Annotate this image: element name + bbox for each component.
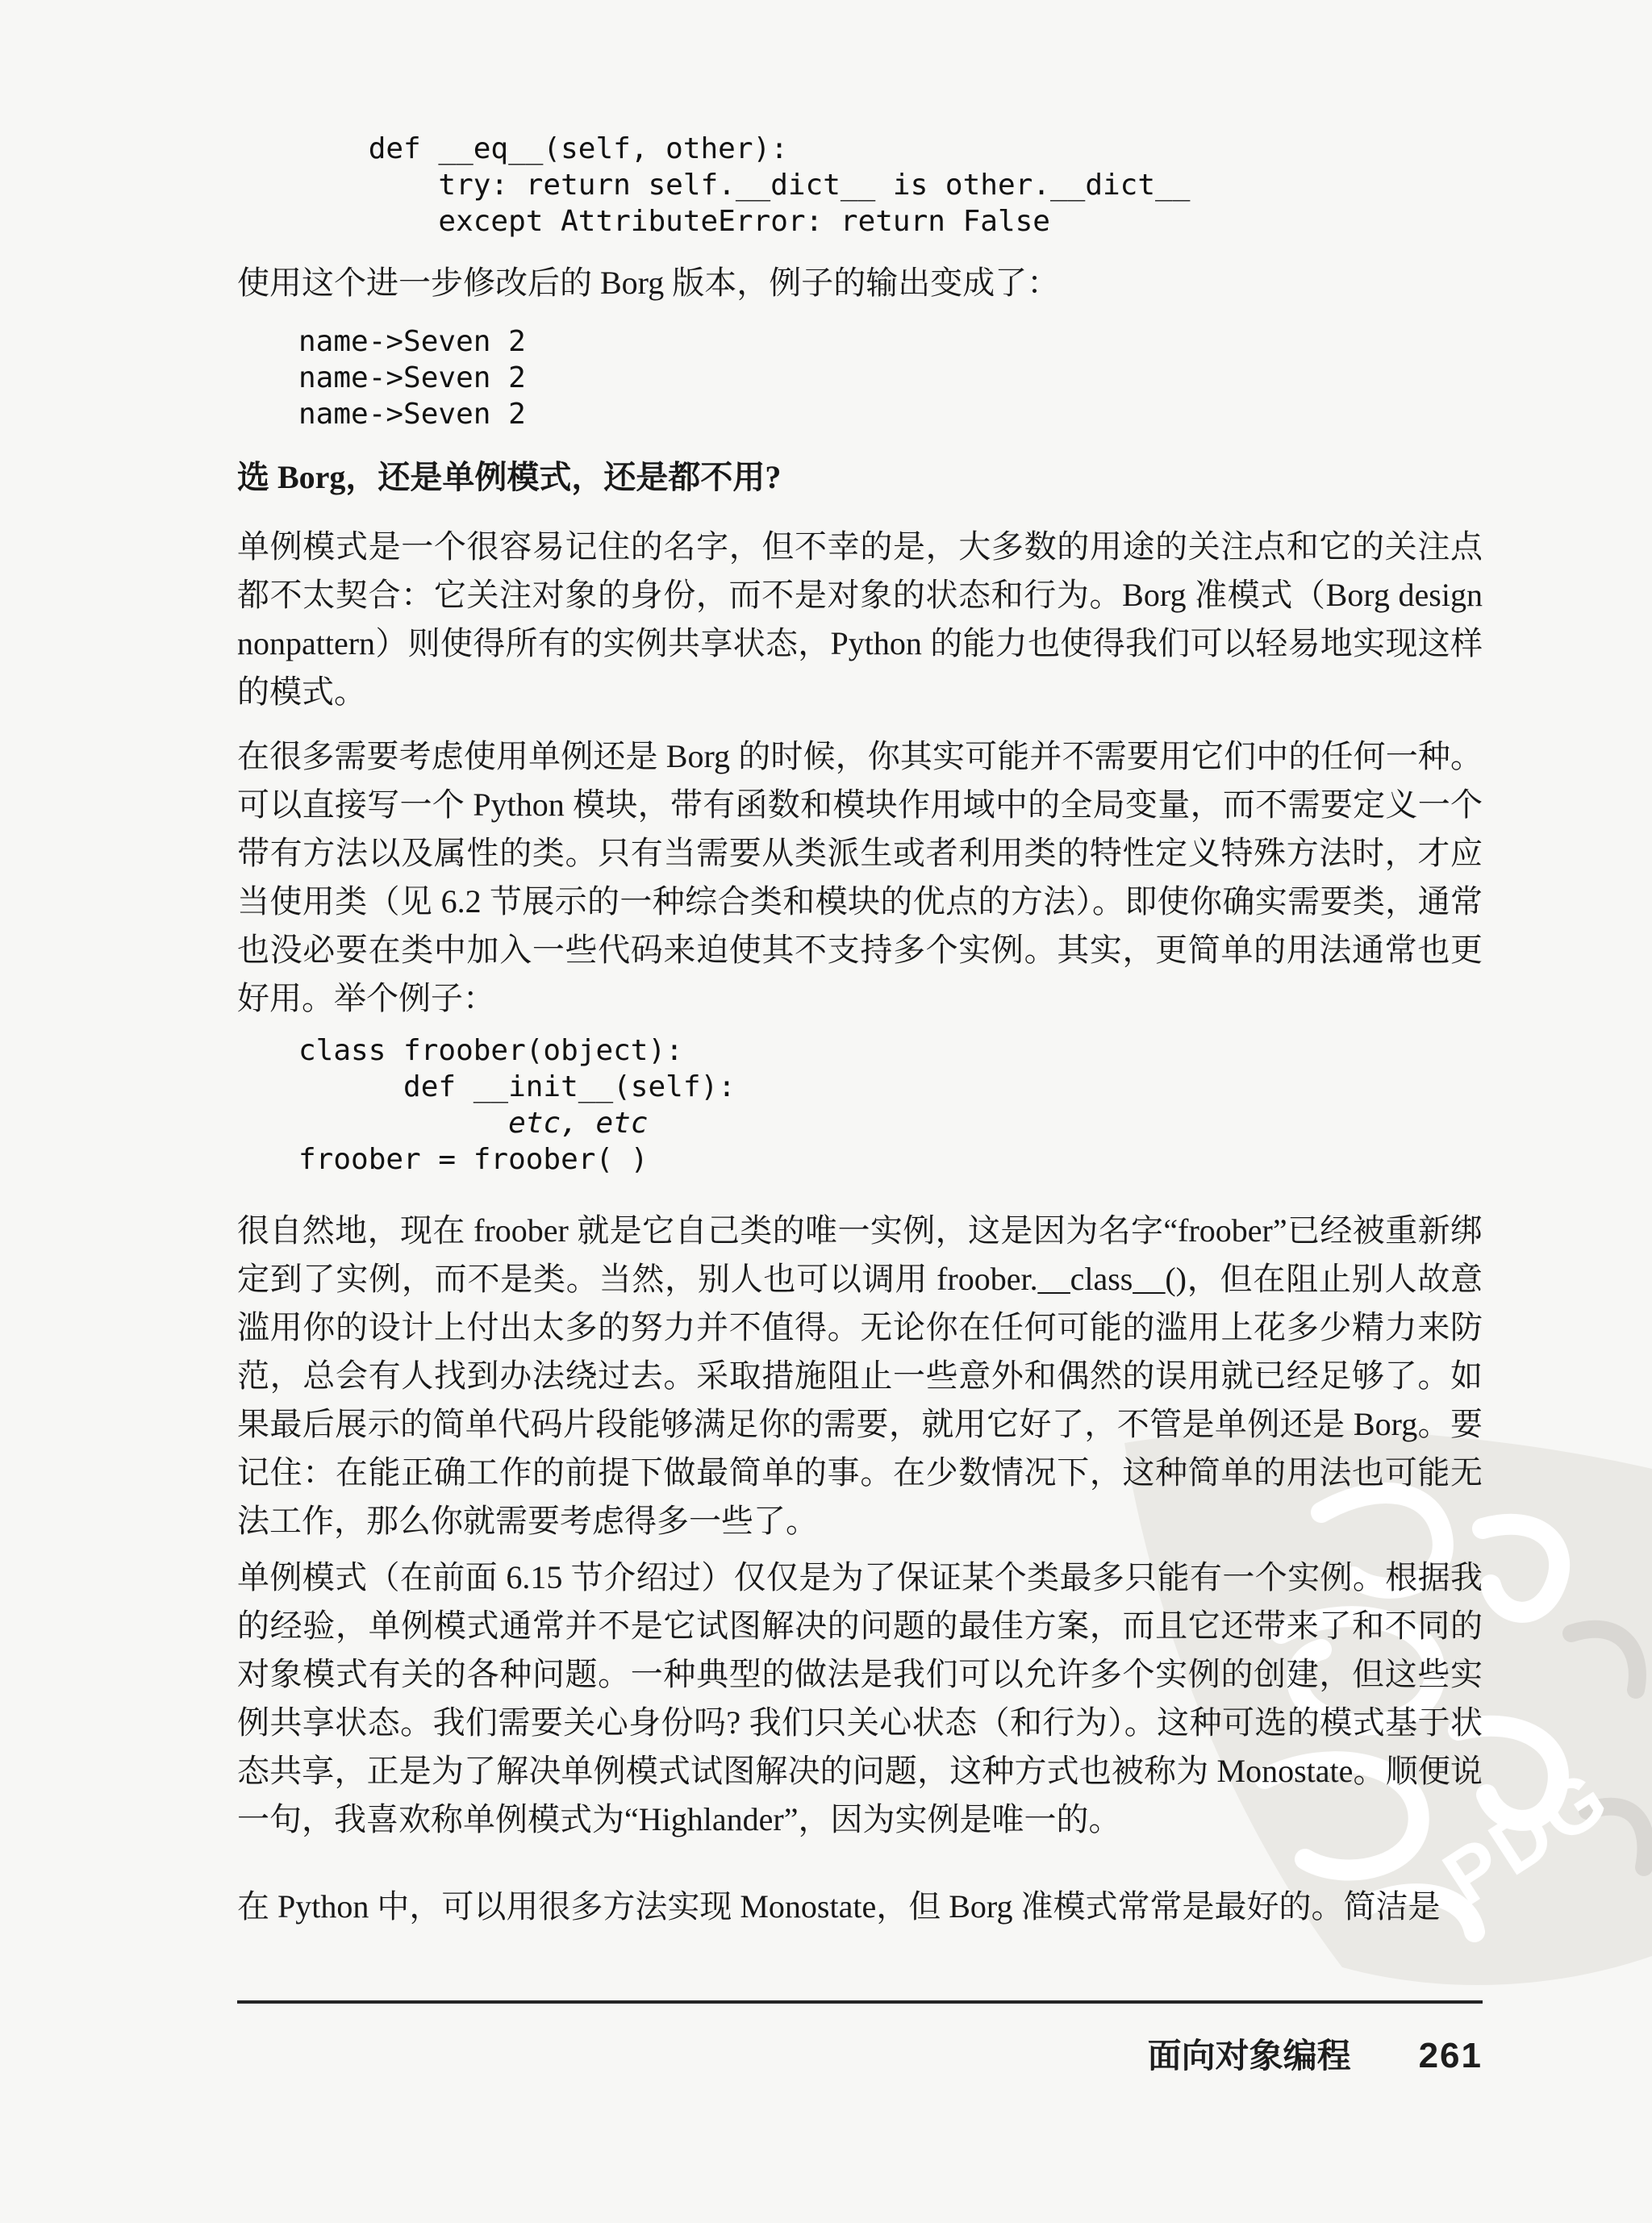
paragraph-1: 单例模式是一个很容易记住的名字，但不幸的是，大多数的用途的关注点和它的关注点都不… [237, 523, 1483, 716]
code-line: except AttributeError: return False [298, 203, 1483, 240]
code-line: def __eq__(self, other): [298, 131, 1483, 167]
intro-paragraph: 使用这个进一步修改后的 Borg 版本，例子的输出变成了： [237, 259, 1483, 307]
code-block-eq-method: def __eq__(self, other): try: return sel… [298, 131, 1483, 240]
output-line: name->Seven 2 [298, 396, 1483, 432]
paragraph-3: 很自然地，现在 froober 就是它自己类的唯一实例，这是因为名字“froob… [237, 1207, 1483, 1545]
code-line: class froober(object): [298, 1032, 1483, 1069]
code-line: try: return self.__dict__ is other.__dic… [298, 167, 1483, 203]
footer-divider [237, 2000, 1483, 2004]
book-page: PDG def __eq__(self, other): try: return… [0, 0, 1652, 2223]
output-block: name->Seven 2 name->Seven 2 name->Seven … [298, 323, 1483, 432]
section-heading: 选 Borg，还是单例模式，还是都不用? [237, 453, 1483, 502]
page-footer: 面向对象编程 261 [237, 2029, 1483, 2078]
code-line-etc-italic: etc, etc [298, 1105, 1483, 1141]
page-content-column: def __eq__(self, other): try: return sel… [0, 131, 1652, 2078]
output-line: name->Seven 2 [298, 360, 1483, 396]
output-line: name->Seven 2 [298, 323, 1483, 360]
paragraph-5: 在 Python 中，可以用很多方法实现 Monostate，但 Borg 准模… [237, 1883, 1483, 1931]
code-block-froober: class froober(object): def __init__(self… [298, 1032, 1483, 1178]
footer-section-title: 面向对象编程 [1148, 2029, 1351, 2078]
code-line: froober = froober( ) [298, 1141, 1483, 1178]
paragraph-2: 在很多需要考虑使用单例还是 Borg 的时候，你其实可能并不需要用它们中的任何一… [237, 732, 1483, 1023]
paragraph-4: 单例模式（在前面 6.15 节介绍过）仅仅是为了保证某个类最多只能有一个实例。根… [237, 1554, 1483, 1844]
code-line: def __init__(self): [298, 1069, 1483, 1105]
footer-page-number: 261 [1419, 2036, 1483, 2076]
